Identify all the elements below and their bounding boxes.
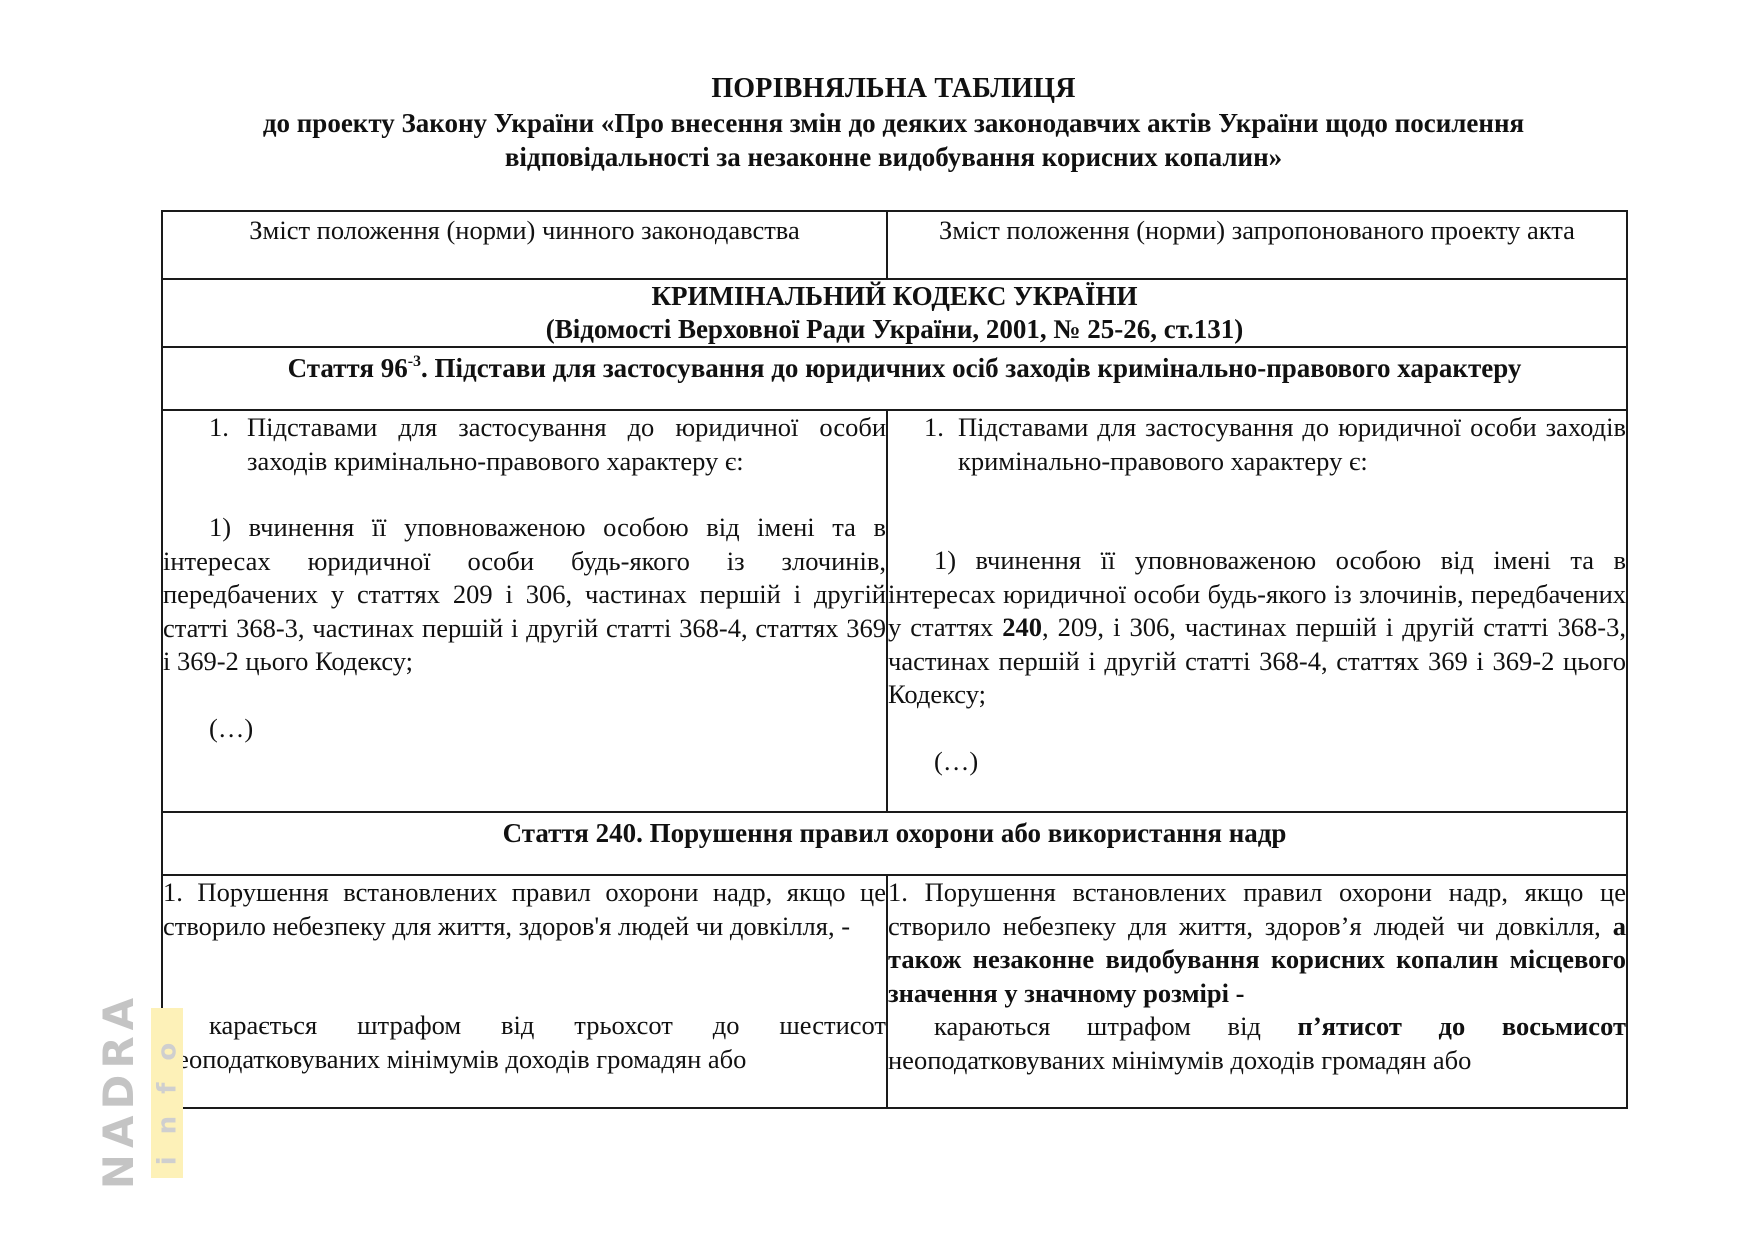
list-item: 1. Підставами для застосування до юридич…	[888, 411, 1626, 478]
article-96-3-title: Стаття 96-3. Підстави для застосування д…	[162, 347, 1627, 410]
article-240-title: Стаття 240. Порушення правил охорони або…	[162, 812, 1627, 875]
article-96-3-title-row: Стаття 96-3. Підстави для застосування д…	[162, 347, 1627, 410]
list-item: 1. Підставами для застосування до юридич…	[163, 411, 886, 478]
article-240-current-cell: 1. Порушення встановлених правил охорони…	[162, 875, 887, 1108]
paragraph-text: 1. Порушення встановлених правил охорони…	[163, 876, 886, 943]
document-title: ПОРІВНЯЛЬНА ТАБЛИЦЯ	[161, 72, 1626, 106]
penalty-text: карається штрафом від трьохсот до шестис…	[163, 1009, 886, 1076]
omission-marker: (…)	[163, 712, 886, 746]
article-240-title-row: Стаття 240. Порушення правил охорони або…	[162, 812, 1627, 875]
code-source: (Відомості Верховної Ради України, 2001,…	[163, 313, 1626, 346]
header-current-law: Зміст положення (норми) чинного законода…	[162, 211, 887, 279]
document-subtitle-line1: до проекту Закону України «Про внесення …	[161, 106, 1626, 140]
penalty-text: караються штрафом від п’ятисот до восьми…	[888, 1010, 1626, 1077]
nadra-info-watermark: NADRA info	[96, 1000, 186, 1180]
table-row: 1. Порушення встановлених правил охорони…	[162, 875, 1627, 1108]
clause-text: 1) вчинення її уповноваженою особою від …	[163, 511, 886, 679]
code-title-row: КРИМІНАЛЬНИЙ КОДЕКС УКРАЇНИ (Відомості В…	[162, 279, 1627, 347]
watermark-brand: NADRA	[94, 991, 143, 1188]
clause-text: 1) вчинення її уповноваженою особою від …	[888, 544, 1626, 712]
article-superscript: -3	[408, 353, 421, 370]
omission-marker: (…)	[888, 745, 1626, 779]
article-240-proposed-cell: 1. Порушення встановлених правил охорони…	[887, 875, 1627, 1108]
code-name: КРИМІНАЛЬНИЙ КОДЕКС УКРАЇНИ	[163, 280, 1626, 313]
header-proposed-act: Зміст положення (норми) запропонованого …	[887, 211, 1627, 279]
comparison-table: Зміст положення (норми) чинного законода…	[161, 210, 1628, 1109]
table-header-row: Зміст положення (норми) чинного законода…	[162, 211, 1627, 279]
document-title-block: ПОРІВНЯЛЬНА ТАБЛИЦЯ до проекту Закону Ук…	[161, 72, 1626, 174]
table-row: 1. Підставами для застосування до юридич…	[162, 410, 1627, 812]
article-96-3-proposed-cell: 1. Підставами для застосування до юридич…	[887, 410, 1627, 812]
article-96-3-current-cell: 1. Підставами для застосування до юридич…	[162, 410, 887, 812]
paragraph-text: 1. Порушення встановлених правил охорони…	[888, 876, 1626, 1010]
code-title-cell: КРИМІНАЛЬНИЙ КОДЕКС УКРАЇНИ (Відомості В…	[162, 279, 1627, 347]
highlighted-change: п’ятисот до восьмисот	[1298, 1011, 1626, 1041]
document-subtitle-line2: відповідальності за незаконне видобуванн…	[161, 140, 1626, 174]
watermark-suffix: info	[152, 1021, 182, 1166]
highlighted-change: 240	[1002, 612, 1042, 642]
